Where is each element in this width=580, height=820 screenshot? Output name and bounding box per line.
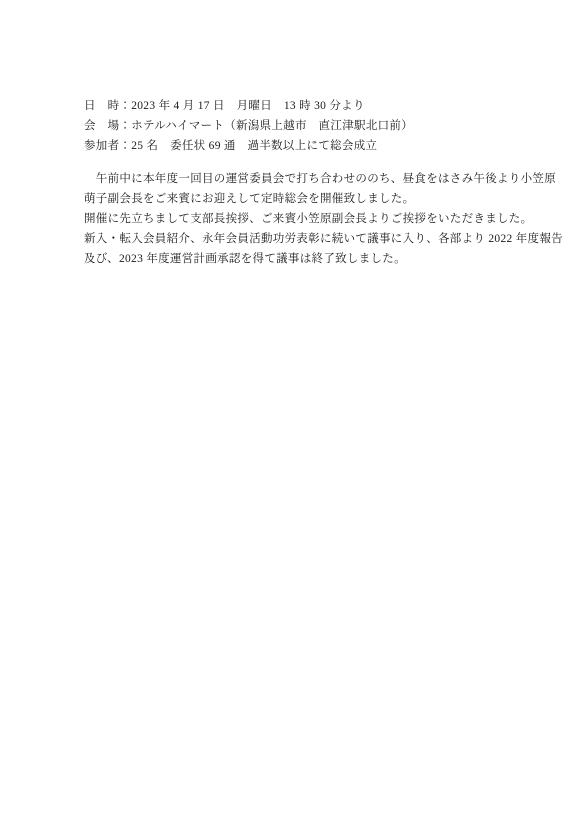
meeting-datetime-line: 日 時：2023 年 4 月 17 日 月曜日 13 時 30 分より — [84, 96, 524, 116]
meeting-info-block: 日 時：2023 年 4 月 17 日 月曜日 13 時 30 分より 会 場：… — [84, 96, 524, 156]
document-text-block: 日 時：2023 年 4 月 17 日 月曜日 13 時 30 分より 会 場：… — [84, 96, 524, 269]
report-line: 開催に先立ちまして支部長挨拶、ご来賓小笠原副会長よりご挨拶をいただきました。 — [84, 209, 524, 229]
report-line: 午前中に本年度一回目の運営委員会で打ち合わせののち、昼食をはさみ午後より小笠原 — [84, 169, 524, 189]
report-line: 萌子副会長をご来賓にお迎えして定時総会を開催致しました。 — [84, 189, 524, 209]
meeting-venue-line: 会 場：ホテルハイマート（新潟県上越市 直江津駅北口前） — [84, 116, 524, 136]
meeting-report-paragraph: 午前中に本年度一回目の運営委員会で打ち合わせののち、昼食をはさみ午後より小笠原 … — [84, 169, 524, 269]
report-line: 及び、2023 年度運営計画承認を得て議事は終了致しました。 — [84, 249, 524, 269]
meeting-attendance-line: 参加者：25 名 委任状 69 通 過半数以上にて総会成立 — [84, 136, 524, 156]
document-page: 日 時：2023 年 4 月 17 日 月曜日 13 時 30 分より 会 場：… — [0, 0, 580, 820]
report-line: 新入・転入会員紹介、永年会員活動功労表彰に続いて議事に入り、各部より 2022 … — [84, 229, 524, 249]
